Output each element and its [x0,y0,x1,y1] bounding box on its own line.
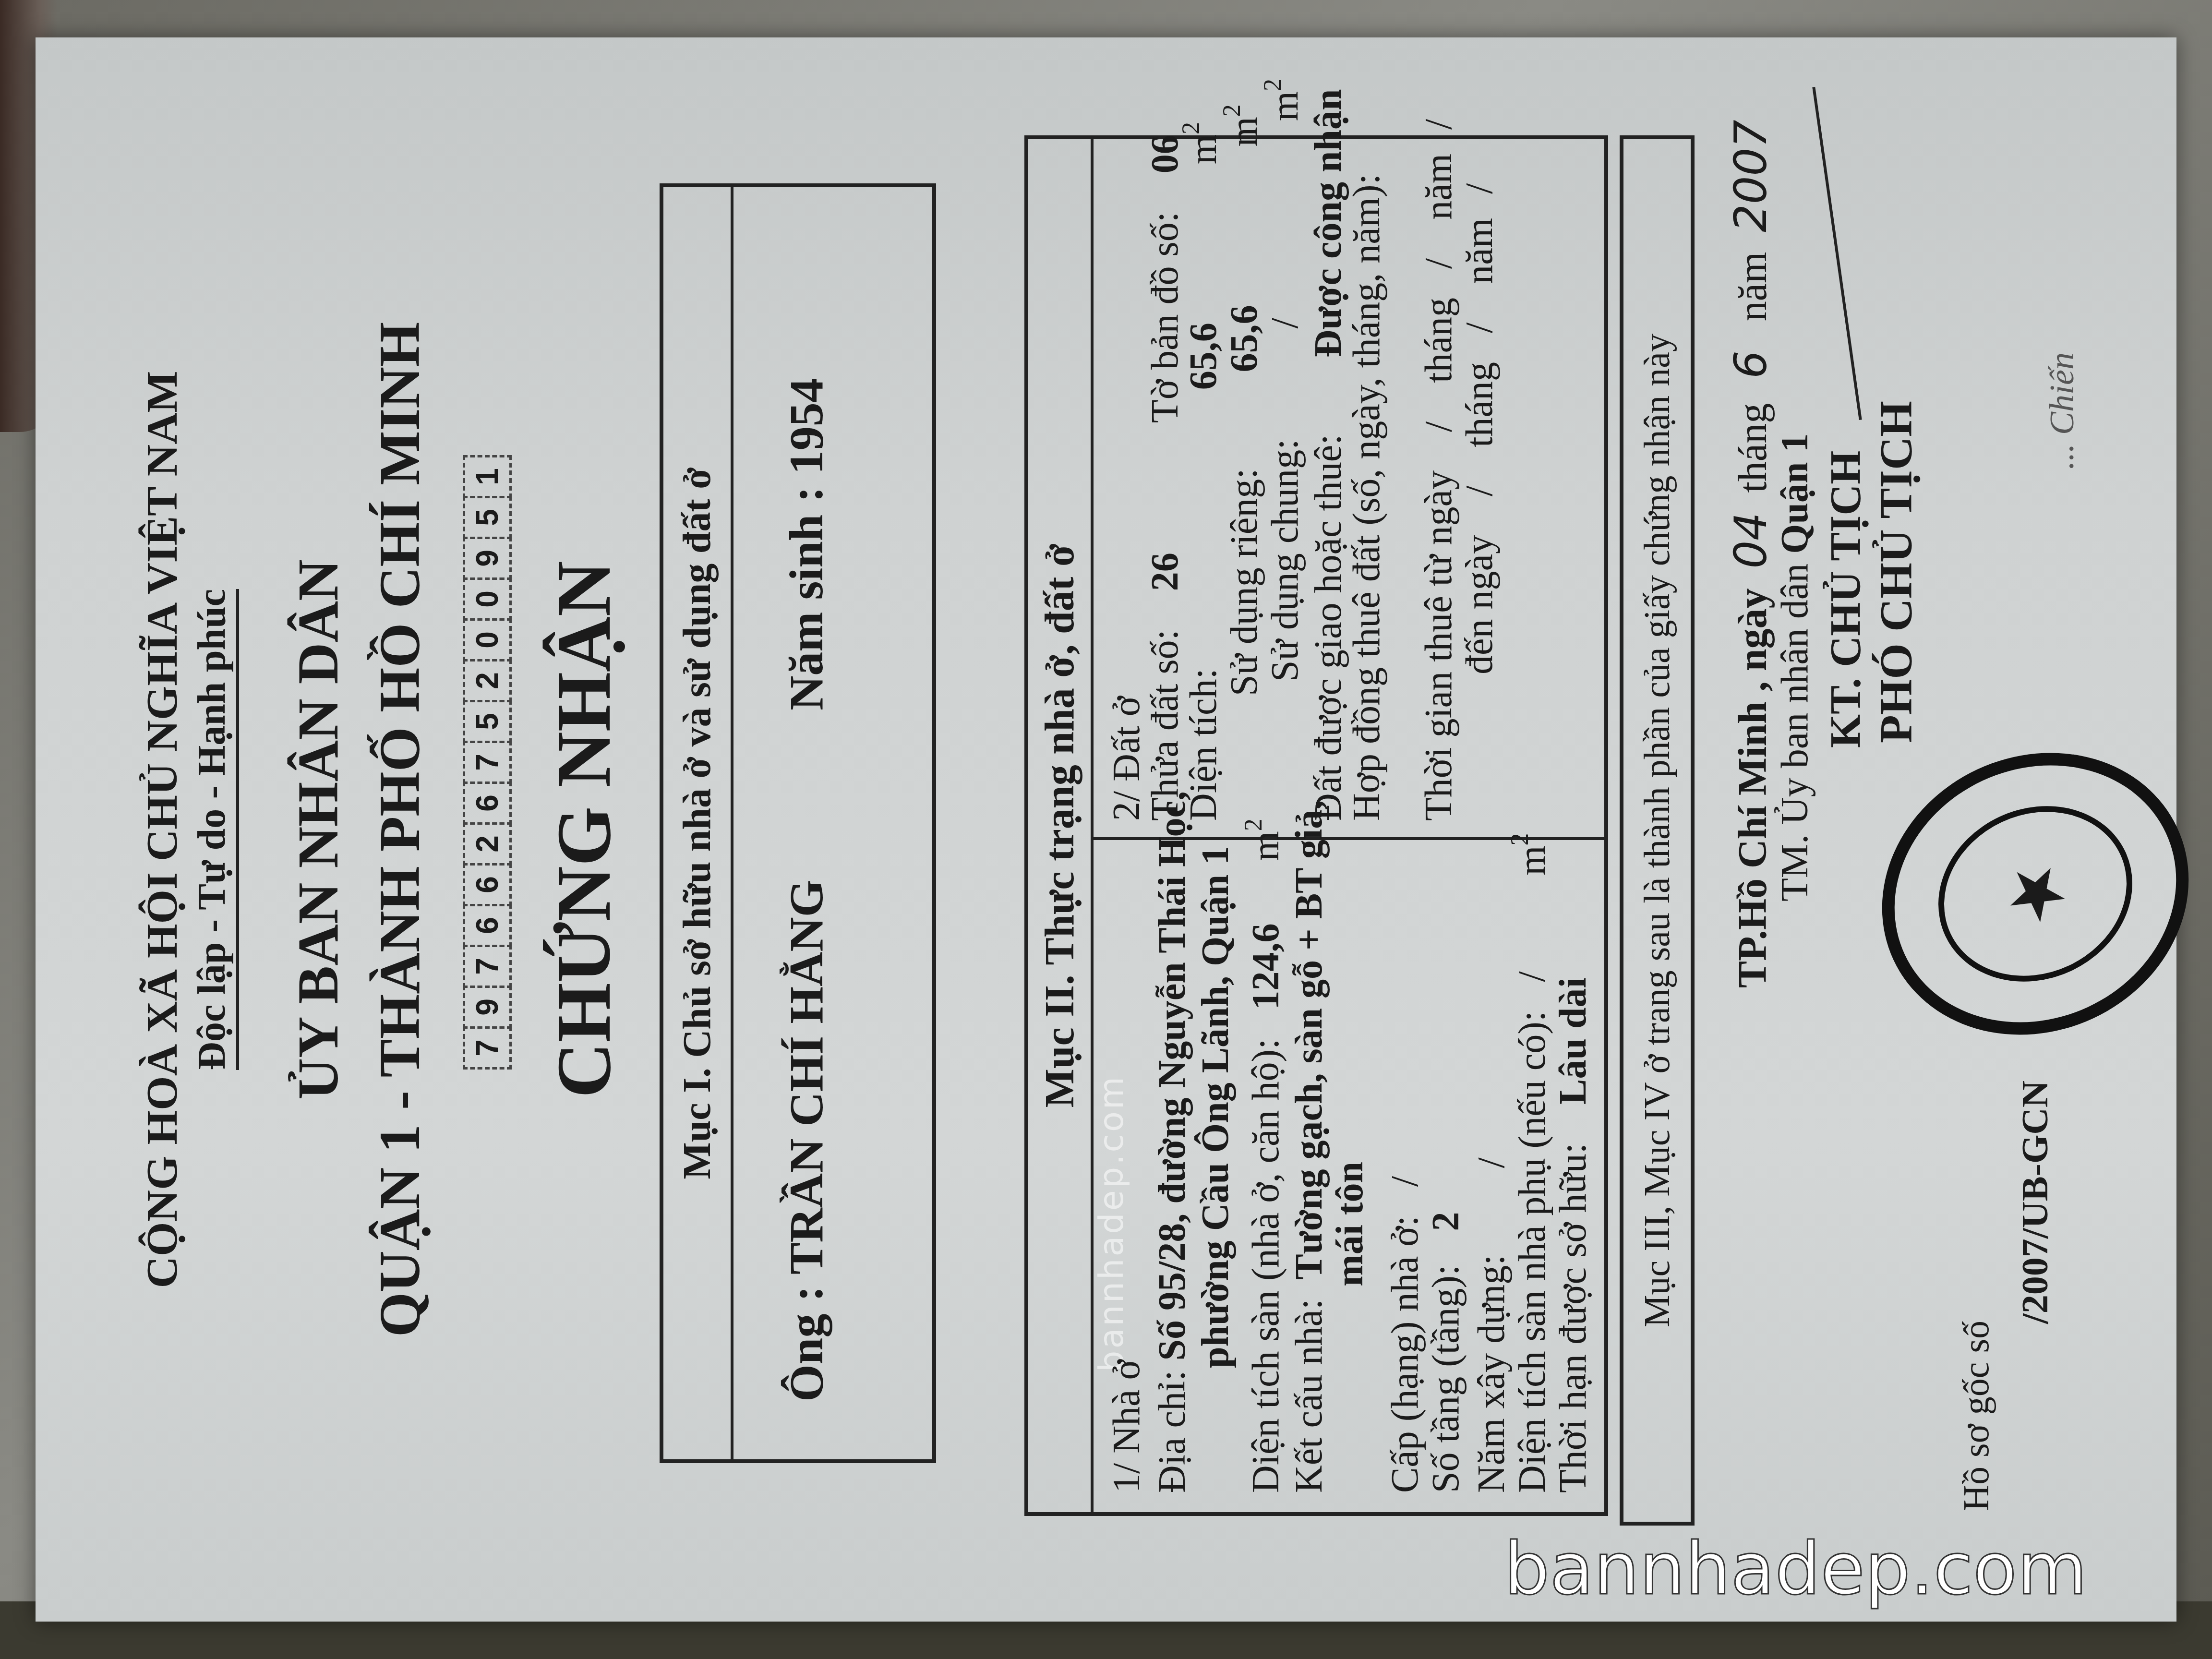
floor-area: Diện tích sàn (nhà ở, căn hộ): 124,6 m2 [1244,818,1288,1493]
certificate-page: CỘNG HOÀ XÃ HỘI CHỦ NGHĨA VIỆT NAM Độc l… [36,37,2176,1622]
watermark-corner: bannhadep.com [1504,1527,2087,1611]
district-header: QUẬN 1 - THÀNH PHỐ HỒ CHÍ MINH [367,37,433,1622]
section-1-owner: Mục I. Chủ sở hữu nhà ở và sử dụng đất ở… [660,183,936,1463]
shared-use: Sử dụng chung: / m2 [1263,79,1307,682]
floors: Số tầng (tầng): 2 [1424,1212,1468,1493]
serial-digit-box: 5 [463,700,512,743]
serial-digit-box: 6 [463,863,512,906]
grade: Cấp (hạng) nhà ở: / [1383,1176,1427,1493]
authority-header: ỦY BAN NHÂN DÂN [285,37,351,1622]
serial-digit-box: 6 [463,781,512,825]
year-built: Năm xây dựng: / [1470,1157,1514,1493]
serial-digit-box: 7 [463,1026,512,1070]
serial-digit-box: 2 [463,659,512,702]
serial-digit-box: 9 [463,986,512,1029]
house-column: 1/ Nhà ở Địa chỉ: Số 95/28, đường Nguyễn… [1091,837,1604,1512]
signer-name: ... Chiến [2042,352,2082,469]
nation-header: CỘNG HOÀ XÃ HỘI CHỦ NGHĨA VIỆT NAM [136,37,187,1622]
signer-role-1: KT. CHỦ TỊCH [1821,451,1871,748]
section-1-heading: Mục I. Chủ sở hữu nhà ở và sử dụng đất ở [663,187,733,1459]
motto: Độc lập - Tự do - Hạnh phúc [189,37,234,1622]
owner-name: TRẦN CHÍ HẰNG [780,880,833,1274]
lease-from: Thời gian thuê từ ngày / tháng / năm / [1417,119,1461,821]
official-seal-stamp: ★ [1836,703,2212,1084]
serial-digit-box: 2 [463,822,512,866]
ownership-term: Thời hạn được sở hữu: Lâu dài [1551,977,1595,1493]
land-area: Diện tích: 65,6 m2 [1182,122,1226,821]
issue-date: TP.Hồ Chí Minh , ngày 04 tháng 6 năm 200… [1725,120,1777,988]
serial-number: 797662675200951 [463,457,512,1070]
birth-year: Năm sinh : 1954 [779,378,834,710]
serial-digit-box: 7 [463,741,512,784]
serial-digit-box: 0 [463,577,512,621]
star-emblem-icon: ★ [1984,847,2087,940]
aux-area: Diện tích sàn nhà phụ (nếu có): / m2 [1511,833,1554,1493]
land-column: 2/ Đất ở Thửa đất số: 26 Tờ bản đồ số: 0… [1091,139,1604,840]
parcel: Thửa đất số: 26 Tờ bản đồ số: 06 [1143,135,1187,821]
on-behalf: TM. Ủy ban nhân dân Quận 1 [1773,433,1817,902]
serial-digit-box: 7 [463,945,512,988]
structure: Kết cấu nhà: Tường gạch, sàn gỗ + BT giả… [1287,800,1331,1493]
lease-to: đến ngày / tháng / năm / [1458,183,1502,674]
serial-digit-box: 1 [463,455,512,498]
serial-digit-box: 9 [463,537,512,580]
signature-stroke [1812,87,1862,420]
section-2-heading: Mục II. Thực trạng nhà ở, đất ở [1028,139,1094,1512]
document-title: CHỨNG NHẬN [540,37,628,1622]
serial-digit-box: 0 [463,618,512,661]
section-3-note: Mục III, Mục IV ở trang sau là thành phầ… [1620,135,1695,1526]
serial-digit-box: 5 [463,496,512,539]
reference-number: /2007/UB-GCN [2013,1081,2056,1324]
section-2-property: Mục II. Thực trạng nhà ở, đất ở 1/ Nhà ở… [1024,135,1608,1516]
allocation: Đất được giao hoặc thuê: Được công nhận [1307,89,1350,821]
private-use: Sử dụng riêng: 65,6 m2 [1223,104,1266,696]
owner: Ông : TRẦN CHÍ HẰNG [779,880,834,1402]
signer-role-2: PHÓ CHỦ TỊCH [1869,401,1923,743]
address: Địa chỉ: Số 95/28, đường Nguyễn Thái Học… [1151,791,1194,1493]
original-file-number: Hồ sơ gốc số [1956,1321,1997,1511]
serial-digit-box: 6 [463,904,512,947]
